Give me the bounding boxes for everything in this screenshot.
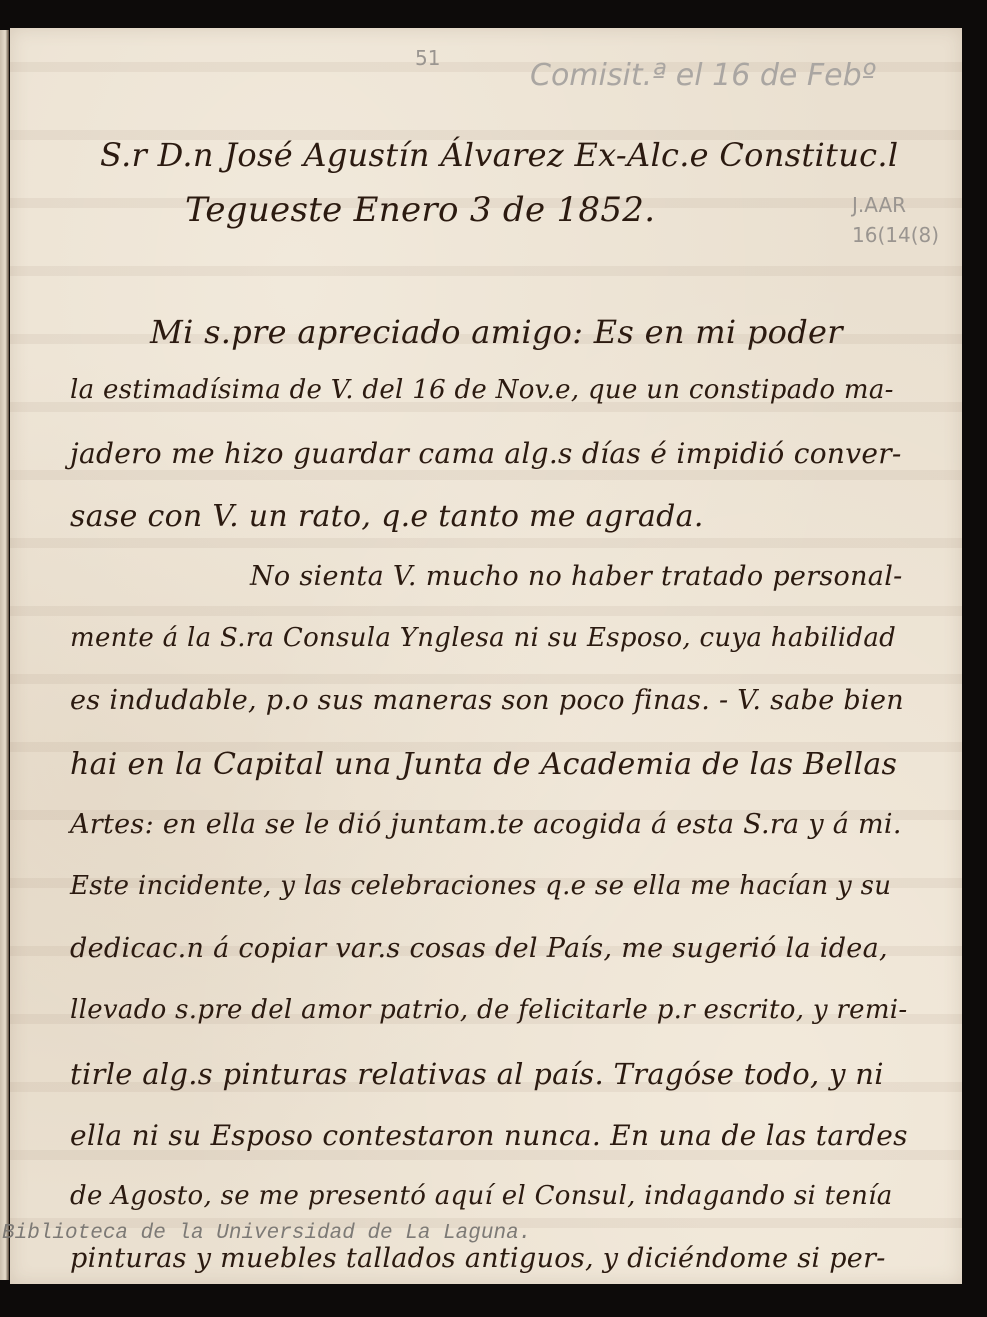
letter-line: de Agosto, se me presentó aquí el Consul…	[70, 1181, 893, 1211]
letter-line: es indudable, p.o sus maneras son poco f…	[70, 685, 904, 716]
letter-line: Artes: en ella se le dió juntam.te acogi…	[70, 809, 902, 840]
letter-line: dedicac.n á copiar var.s cosas del País,…	[70, 933, 888, 964]
folio-number: 51	[415, 46, 440, 70]
letter-line: tirle alg.s pinturas relativas al país. …	[70, 1057, 884, 1091]
shelfmark-line-1: J.AAR	[852, 190, 939, 220]
addressee-line: S.r D.n José Agustín Álvarez Ex-Alc.e Co…	[100, 136, 898, 174]
manuscript-page: 51 Comisit.ª el 16 de Febº J.AAR 16(14(8…	[10, 28, 962, 1284]
letter-line: No sienta V. mucho no haber tratado pers…	[250, 561, 903, 592]
letter-line: llevado s.pre del amor patrio, de felici…	[70, 995, 907, 1025]
letter-line: hai en la Capital una Junta de Academia …	[70, 747, 897, 782]
letter-line: sase con V. un rato, q.e tanto me agrada…	[70, 499, 704, 534]
letter-line: pinturas y muebles tallados antiguos, y …	[70, 1243, 886, 1274]
place-date-line: Tegueste Enero 3 de 1852.	[185, 190, 655, 230]
letter-line: Mi s.pre apreciado amigo: Es en mi poder	[150, 313, 843, 351]
archival-note: Comisit.ª el 16 de Febº	[530, 58, 876, 93]
shelfmark: J.AAR 16(14(8)	[852, 190, 939, 250]
letter-line: Este incidente, y las celebraciones q.e …	[70, 871, 891, 901]
letter-line: ella ni su Esposo contestaron nunca. En …	[70, 1119, 908, 1152]
library-watermark: Biblioteca de la Universidad de La Lagun…	[2, 1222, 531, 1245]
adjacent-page-edge	[0, 30, 9, 1280]
shelfmark-line-2: 16(14(8)	[852, 220, 939, 250]
letter-line: jadero me hizo guardar cama alg.s días é…	[70, 437, 902, 470]
letter-line: mente á la S.ra Consula Ynglesa ni su Es…	[70, 623, 896, 653]
letter-line: la estimadísima de V. del 16 de Nov.e, q…	[70, 375, 894, 405]
